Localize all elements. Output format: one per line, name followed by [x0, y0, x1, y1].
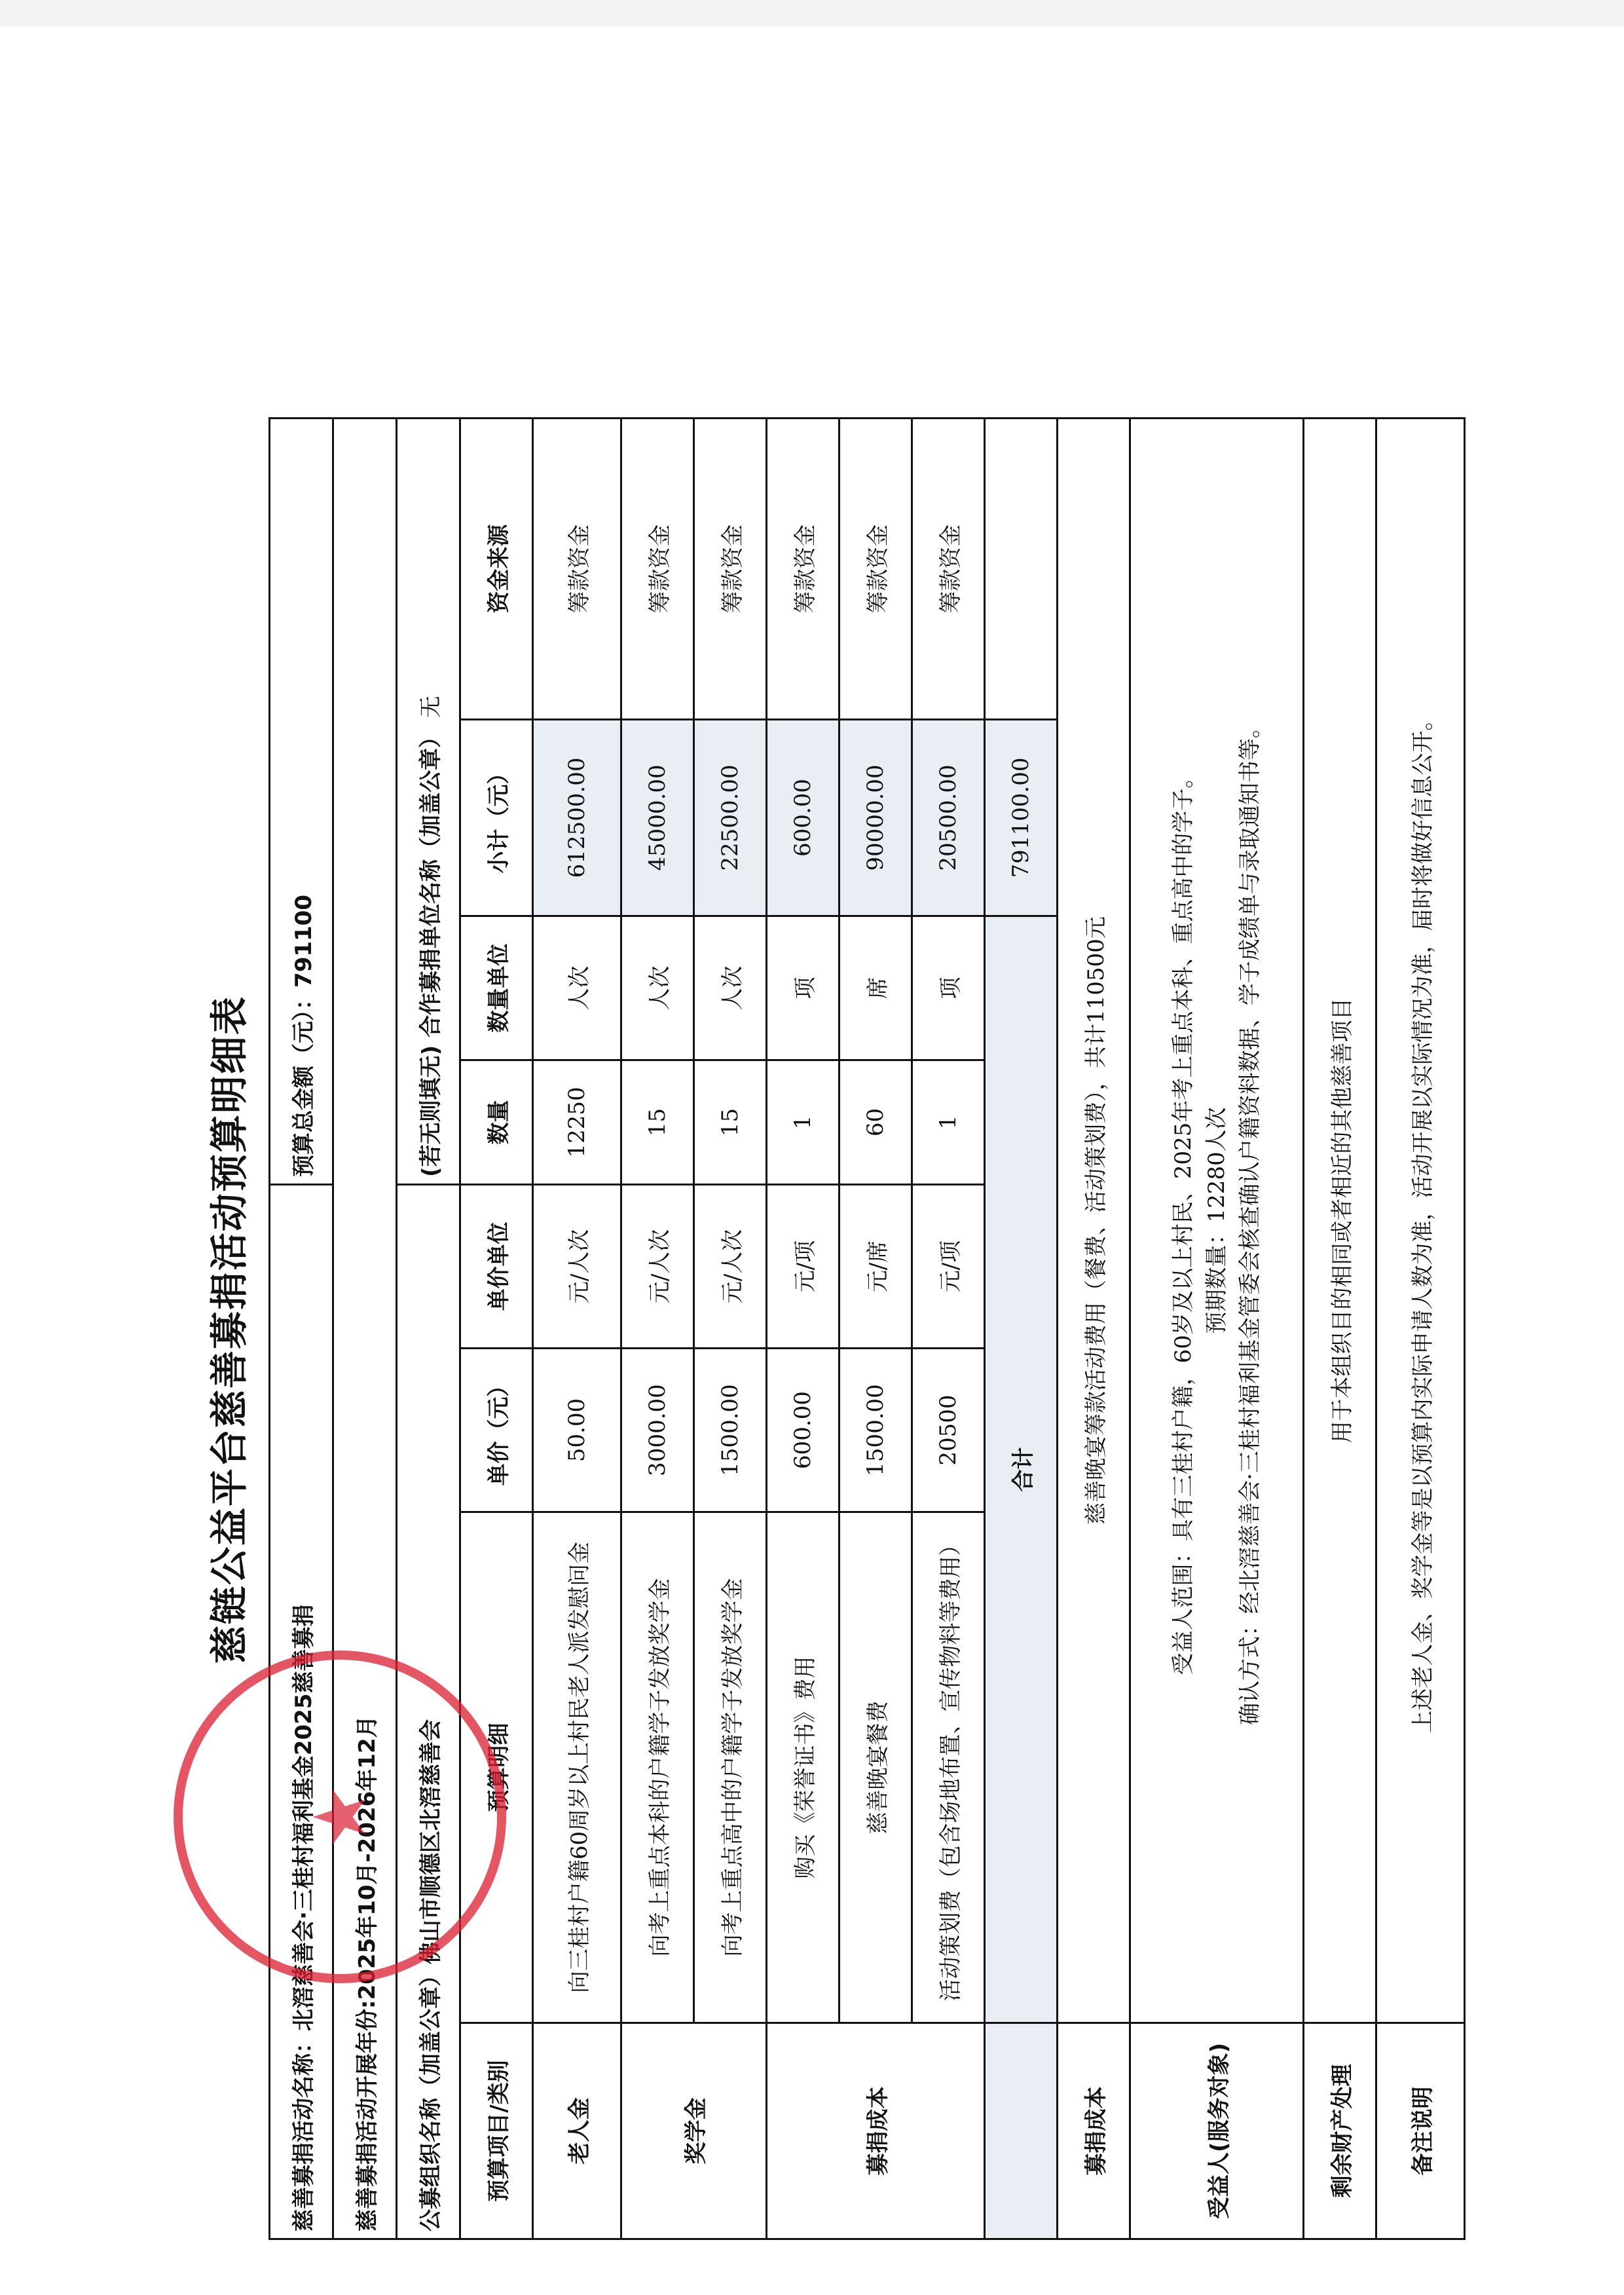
fundraising-cost-text: 慈善晚宴筹款活动费用（餐费、活动策划费），共计110500元 [1058, 418, 1130, 2023]
qty-unit-cell: 席 [840, 916, 912, 1060]
col-header-qty-unit: 数量单位 [460, 916, 533, 1060]
detail-cell: 活动策划费（包含场地布置、宣传物料等费用） [912, 1512, 985, 2023]
price-unit-cell: 元/人次 [694, 1184, 767, 1348]
budget-table: 慈善募捐活动名称：北滘慈善会·三桂村福利基金2025慈善募捐 预算总金额（元）：… [268, 417, 1466, 2240]
activity-name-value: 北滘慈善会·三桂村福利基金2025慈善募捐 [291, 1604, 317, 2031]
unit-price-cell: 50.00 [533, 1349, 621, 1512]
col-header-category: 预算项目/类别 [460, 2023, 533, 2239]
table-row: 奖学金 向考上重点本科的户籍学子发放奖学金 3000.00 元/人次 15 人次… [621, 418, 694, 2239]
partner-value: 无 [418, 696, 444, 718]
price-unit-cell: 元/项 [912, 1184, 985, 1348]
col-header-qty: 数量 [460, 1060, 533, 1184]
table-row: 活动策划费（包含场地布置、宣传物料等费用） 20500 元/项 1 项 2050… [912, 418, 985, 2239]
total-row: 合计 791100.00 [985, 418, 1058, 2239]
category-fundraising-cost: 募捐成本 [767, 2023, 985, 2239]
price-unit-cell: 元/人次 [621, 1184, 694, 1348]
beneficiary-scope: 受益人范围：具有三桂村户籍，60岁及以上村民、2025年考上重点本科、重点高中的… [1167, 426, 1200, 2015]
remaining-text: 用于本组织目的相同或者相近的其他慈善项目 [1304, 418, 1376, 2023]
qty-unit-cell: 项 [912, 916, 985, 1060]
table-row: 慈善晚宴餐费 1500.00 元/席 60 席 90000.00 筹款资金 [840, 418, 912, 2239]
org-cell: 公募组织名称（加盖公章）佛山市顺德区北滘慈善会 [397, 1184, 460, 2239]
remarks-text: 上述老人金、奖学金等是以预算内实际申请人数为准，活动开展以实际情况为准，届时将做… [1376, 418, 1465, 2023]
subtotal-cell: 600.00 [767, 719, 840, 916]
category-scholarship: 奖学金 [621, 2023, 767, 2239]
qty-cell: 60 [840, 1060, 912, 1184]
scan-top-edge [0, 0, 1624, 26]
subtotal-cell: 612500.00 [533, 719, 621, 916]
beneficiary-label: 受益人(服务对象) [1130, 2023, 1304, 2239]
detail-cell: 购买《荣誉证书》费用 [767, 1512, 840, 2023]
budget-sheet: 慈链公益平台慈善募捐活动预算明细表 慈善募捐活动名称：北滘慈善会·三桂村福利基金… [190, 393, 1316, 2266]
subtotal-cell: 90000.00 [840, 719, 912, 916]
subtotal-cell: 22500.00 [694, 719, 767, 916]
price-unit-cell: 元/席 [840, 1184, 912, 1348]
activity-name-label: 慈善募捐活动名称： [291, 2031, 317, 2231]
table-row: 募捐成本 购买《荣誉证书》费用 600.00 元/项 1 项 600.00 筹款… [767, 418, 840, 2239]
org-label: 公募组织名称（加盖公章） [418, 1964, 444, 2231]
beneficiary-row: 受益人(服务对象) 受益人范围：具有三桂村户籍，60岁及以上村民、2025年考上… [1130, 418, 1304, 2239]
detail-cell: 向考上重点高中的户籍学子发放奖学金 [694, 1512, 767, 2023]
org-value: 佛山市顺德区北滘慈善会 [418, 1719, 444, 1964]
qty-cell: 1 [767, 1060, 840, 1184]
unit-price-cell: 600.00 [767, 1349, 840, 1512]
budget-total-label: 预算总金额（元）： [291, 988, 317, 1177]
source-cell: 筹款资金 [533, 418, 621, 719]
beneficiary-cell: 受益人范围：具有三桂村户籍，60岁及以上村民、2025年考上重点本科、重点高中的… [1130, 418, 1304, 2023]
qty-unit-cell: 人次 [694, 916, 767, 1060]
unit-price-cell: 1500.00 [694, 1349, 767, 1512]
fundraising-cost-label: 募捐成本 [1058, 2023, 1130, 2239]
partner-label: (若无则填无) 合作募捐单位名称（加盖公章） [418, 726, 444, 1177]
col-header-price-unit: 单价单位 [460, 1184, 533, 1348]
source-cell: 筹款资金 [621, 418, 694, 719]
qty-cell: 12250 [533, 1060, 621, 1184]
price-unit-cell: 元/项 [767, 1184, 840, 1348]
unit-price-cell: 1500.00 [840, 1349, 912, 1512]
total-source-empty [985, 418, 1058, 719]
category-elderly: 老人金 [533, 2023, 621, 2239]
source-cell: 筹款资金 [912, 418, 985, 719]
unit-price-cell: 3000.00 [621, 1349, 694, 1512]
total-spacer [985, 2023, 1058, 2239]
partner-cell: (若无则填无) 合作募捐单位名称（加盖公章） 无 [397, 418, 460, 1184]
period-label: 慈善募捐活动开展年份: [354, 2000, 380, 2231]
remarks-label: 备注说明 [1376, 2023, 1465, 2239]
fundraising-cost-row: 募捐成本 慈善晚宴筹款活动费用（餐费、活动策划费），共计110500元 [1058, 418, 1130, 2239]
source-cell: 筹款资金 [767, 418, 840, 719]
detail-cell: 慈善晚宴餐费 [840, 1512, 912, 2023]
qty-unit-cell: 项 [767, 916, 840, 1060]
col-header-detail: 预算明细 [460, 1512, 533, 2023]
qty-cell: 15 [621, 1060, 694, 1184]
detail-cell: 向考上重点本科的户籍学子发放奖学金 [621, 1512, 694, 2023]
document-title: 慈链公益平台慈善募捐活动预算明细表 [190, 393, 268, 2266]
remaining-row: 剩余财产处理 用于本组织目的相同或者相近的其他慈善项目 [1304, 418, 1376, 2239]
beneficiary-confirm: 确认方式：经北滘慈善会·三桂村福利基金管委会核查确认户籍资料数据、学子成绩单与录… [1234, 426, 1267, 2015]
remarks-row: 备注说明 上述老人金、奖学金等是以预算内实际申请人数为准，活动开展以实际情况为准… [1376, 418, 1465, 2239]
remaining-label: 剩余财产处理 [1304, 2023, 1376, 2239]
qty-cell: 15 [694, 1060, 767, 1184]
source-cell: 筹款资金 [694, 418, 767, 719]
period-value: 2025年10月-2026年12月 [354, 1715, 380, 2000]
total-value: 791100.00 [985, 719, 1058, 916]
source-cell: 筹款资金 [840, 418, 912, 719]
qty-unit-cell: 人次 [533, 916, 621, 1060]
subtotal-cell: 45000.00 [621, 719, 694, 916]
table-row: 向考上重点高中的户籍学子发放奖学金 1500.00 元/人次 15 人次 225… [694, 418, 767, 2239]
beneficiary-expected: 预期数量：12280人次 [1200, 426, 1234, 2015]
unit-price-cell: 20500 [912, 1349, 985, 1512]
qty-cell: 1 [912, 1060, 985, 1184]
col-header-subtotal: 小计（元） [460, 719, 533, 916]
table-row: 老人金 向三桂村户籍60周岁以上村民老人派发慰问金 50.00 元/人次 122… [533, 418, 621, 2239]
total-label: 合计 [985, 916, 1058, 2023]
subtotal-cell: 20500.00 [912, 719, 985, 916]
price-unit-cell: 元/人次 [533, 1184, 621, 1348]
budget-total-cell: 预算总金额（元）：791100 [270, 418, 333, 1184]
col-header-source: 资金来源 [460, 418, 533, 719]
budget-total-value: 791100 [291, 895, 317, 988]
period-cell: 慈善募捐活动开展年份:2025年10月-2026年12月 [333, 418, 397, 2239]
activity-name-cell: 慈善募捐活动名称：北滘慈善会·三桂村福利基金2025慈善募捐 [270, 1184, 333, 2239]
qty-unit-cell: 人次 [621, 916, 694, 1060]
detail-cell: 向三桂村户籍60周岁以上村民老人派发慰问金 [533, 1512, 621, 2023]
col-header-unit-price: 单价（元） [460, 1349, 533, 1512]
